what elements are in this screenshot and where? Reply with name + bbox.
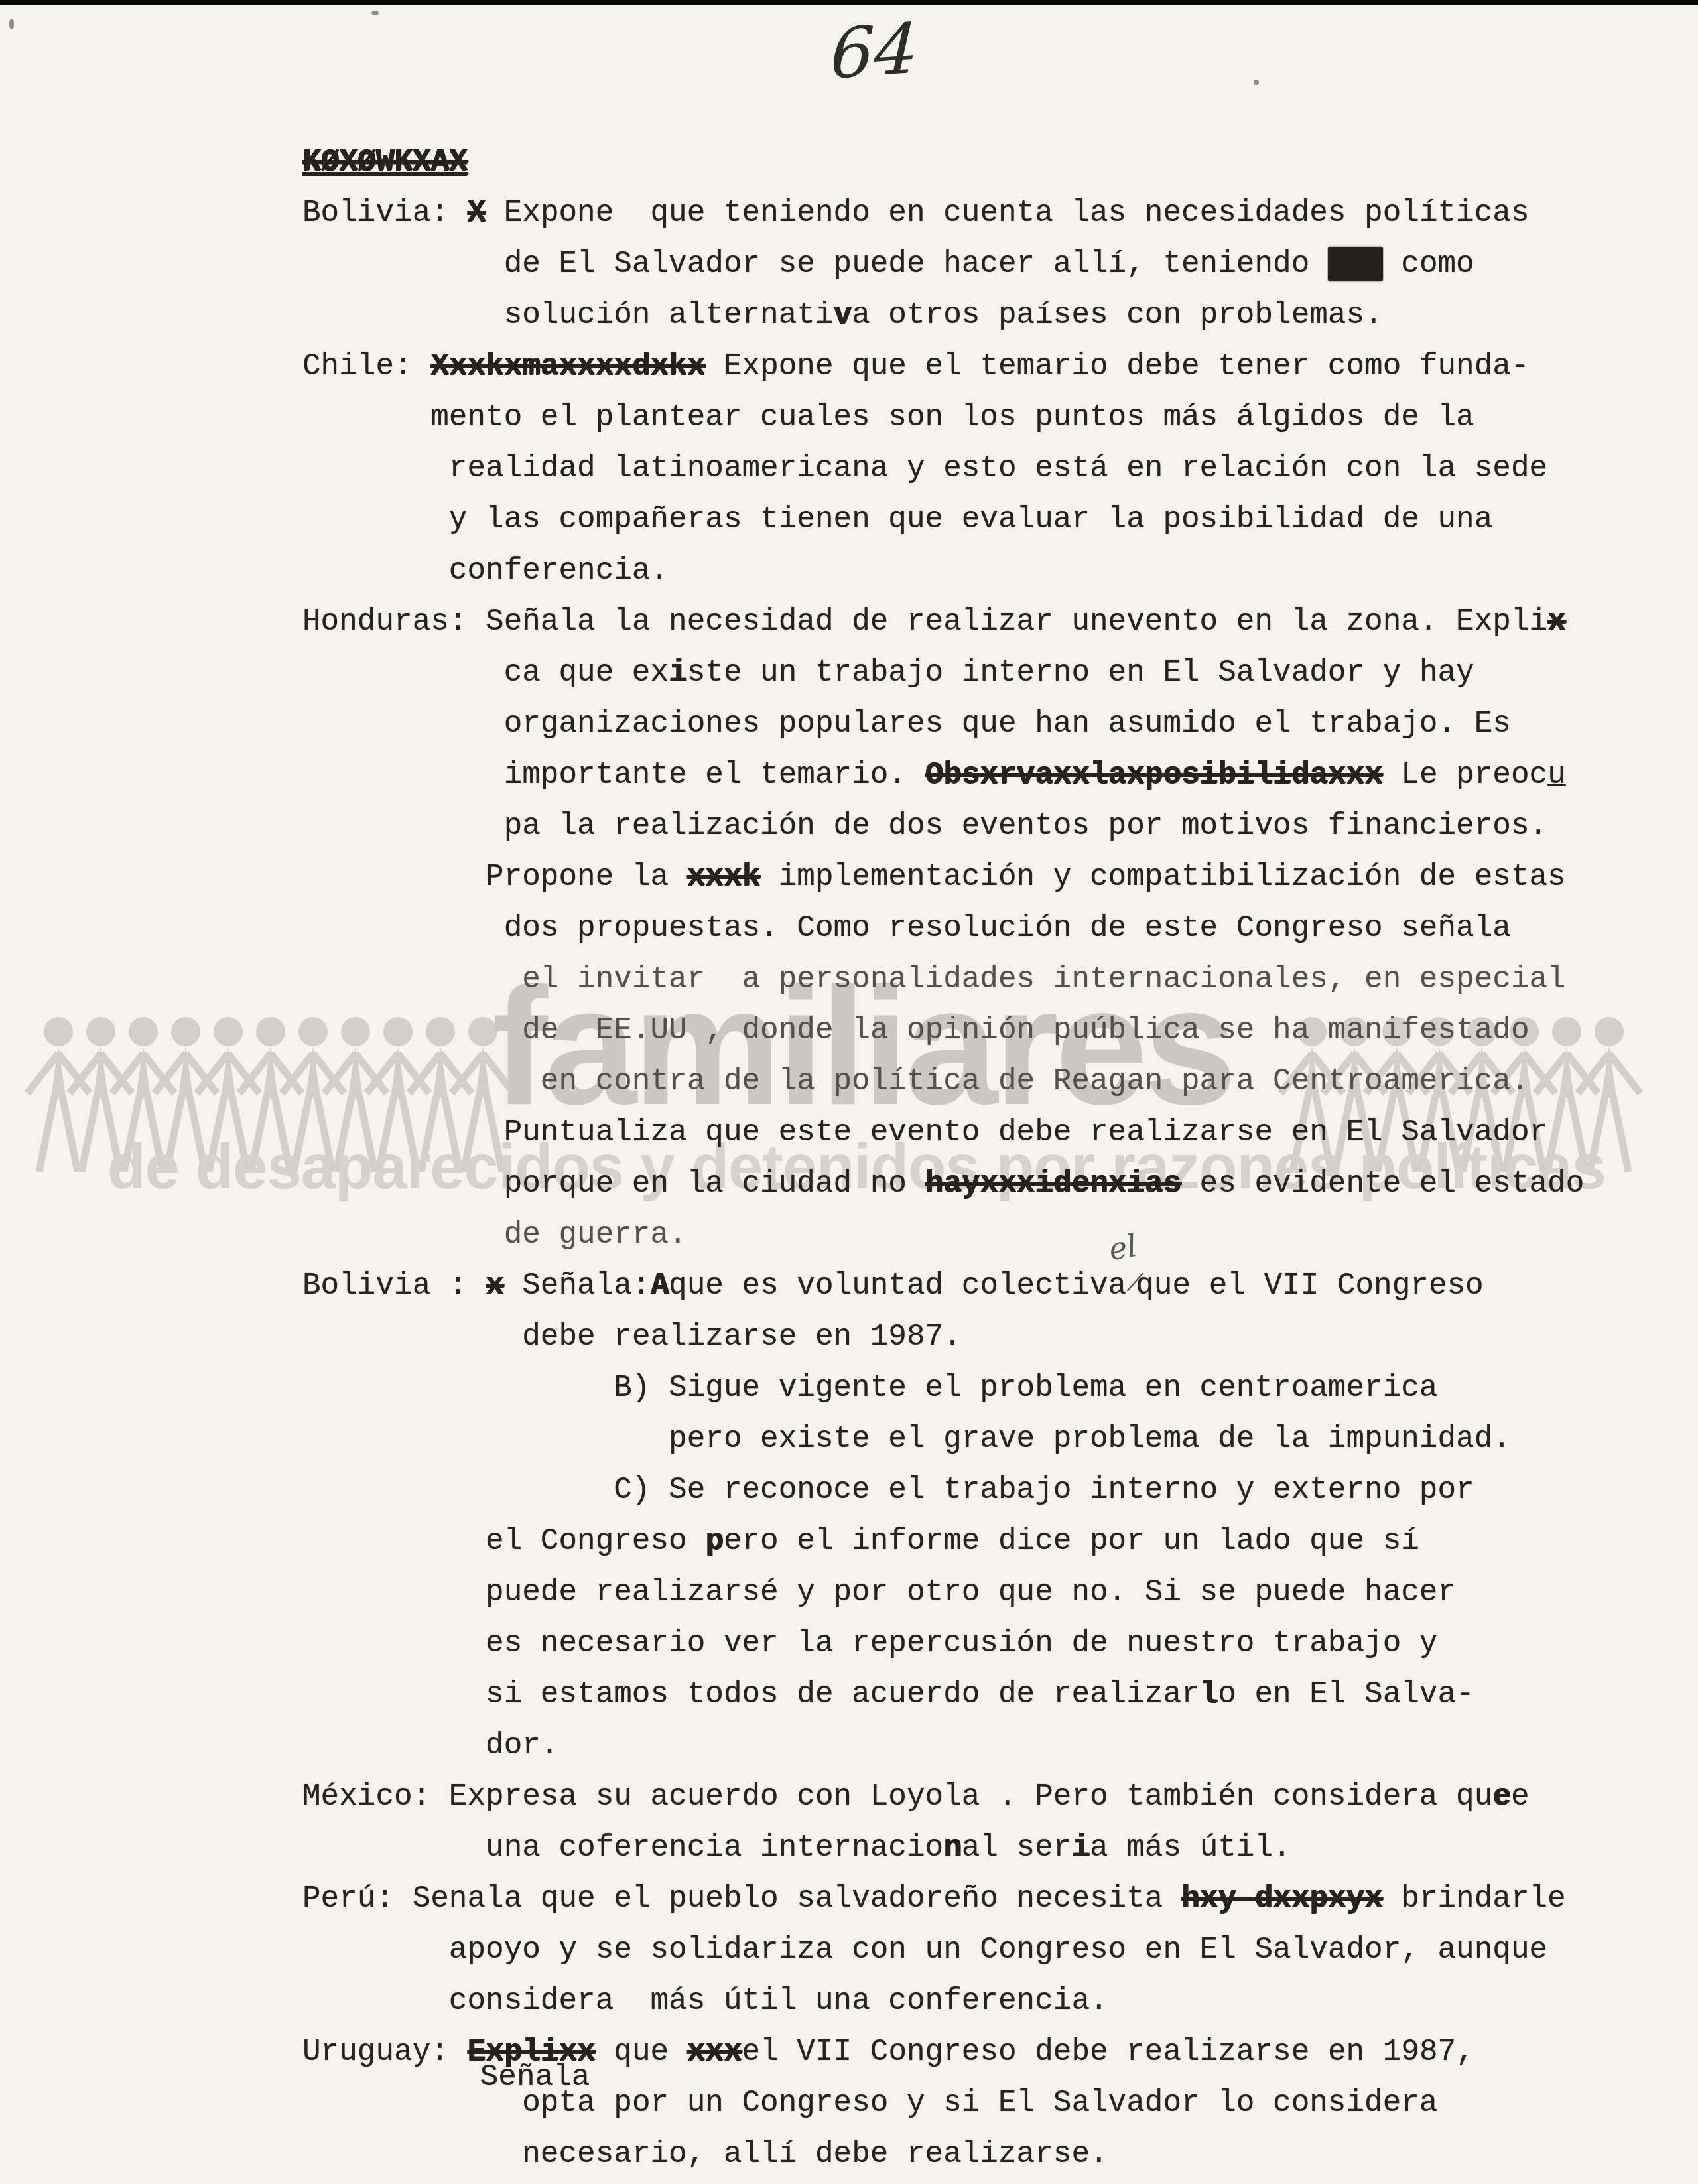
typed-line: B) Sigue vigente el problema en centroam…	[302, 1363, 1584, 1414]
typed-text: Le preoc	[1383, 758, 1547, 792]
typed-text: B) Sigue vigente el problema en centroam…	[614, 1371, 1437, 1405]
typed-line: C) Se reconoce el trabajo interno y exte…	[302, 1465, 1584, 1516]
typed-text: Uruguay:	[302, 2035, 467, 2069]
typed-line: una coferencia internacional seria más ú…	[302, 1822, 1584, 1874]
scan-speck	[371, 11, 379, 15]
typed-text: de El Salvador se puede hacer allí, teni…	[504, 247, 1328, 281]
typed-line: México: Expresa su acuerdo con Loyola . …	[302, 1771, 1584, 1822]
typed-text: Expone que teniendo en cuenta las necesi…	[486, 196, 1529, 230]
typed-line: es necesario ver la repercusión de nuest…	[302, 1618, 1584, 1669]
typed-text: o en El Salva-	[1218, 1677, 1474, 1712]
scan-speck	[9, 19, 14, 29]
typed-line: debe realizarse en 1987.	[302, 1312, 1584, 1363]
typed-line: pero existe el grave problema de la impu…	[302, 1414, 1584, 1465]
scan-top-edge	[0, 0, 1698, 5]
typed-line: Chile: Xxxkxmaxxxxdxkx Expone que el tem…	[302, 341, 1584, 392]
typed-text: es necesario ver la repercusión de nuest…	[486, 1626, 1437, 1661]
typed-line: necesario, allí debe realizarse.	[302, 2129, 1584, 2180]
typed-text: de EE.UU , donde la opinión puública se …	[522, 1013, 1529, 1048]
typed-text: Bolivia:	[302, 196, 467, 230]
typed-text: necesario, allí debe realizarse.	[522, 2137, 1108, 2171]
handwritten-insertion: ∕el	[1126, 1263, 1136, 1294]
typed-line: ca que existe un trabajo interno en El S…	[302, 648, 1584, 699]
struck-out-text: X	[467, 196, 486, 230]
typed-line: de guerra.	[302, 1209, 1584, 1261]
typed-text: que	[596, 2035, 687, 2069]
typed-text: Honduras: Señala la necesidad de realiza…	[302, 604, 1547, 639]
typed-text: el VII Congreso debe realizarse en 1987,	[742, 2035, 1474, 2069]
struck-out-text: Obsxrvaxxlaxposibilidaxxx	[925, 758, 1383, 792]
typed-line: Propone la xxxk implementación y compati…	[302, 852, 1584, 903]
typed-line: apoyo y se solidariza con un Congreso en…	[302, 1925, 1584, 1976]
typed-text: solución alternati	[504, 298, 834, 332]
typed-line: realidad latinoamericana y esto está en …	[302, 443, 1584, 494]
typed-text: Puntualiza que este evento debe realizar…	[504, 1115, 1547, 1150]
typed-line: en contra de la política de Reagan para …	[302, 1056, 1584, 1107]
typed-text: dos propuestas. Como resolución de este …	[504, 911, 1511, 945]
typed-text: el invitar a personalidades internaciona…	[522, 962, 1565, 996]
typed-text: v	[834, 298, 852, 332]
typed-text: es evidente el estado	[1181, 1166, 1584, 1201]
struck-out-text: xxxk	[687, 860, 760, 894]
typed-text: C) Se reconoce el trabajo interno y exte…	[614, 1473, 1474, 1507]
typed-line: de El Salvador se puede hacer allí, teni…	[302, 239, 1584, 290]
typed-text: i	[669, 655, 687, 690]
typed-text: pa la realización de dos eventos por mot…	[504, 809, 1547, 843]
struck-out-text: hxy dxxpxyx	[1181, 1881, 1383, 1916]
typed-text: n	[943, 1830, 962, 1865]
typed-line: KØXØWKXAX	[302, 137, 1584, 188]
typed-line: importante el temario. Obsxrvaxxlaxposib…	[302, 750, 1584, 801]
typed-line: opta por un Congreso y si El Salvador lo…	[302, 2078, 1584, 2129]
typed-line: de EE.UU , donde la opinión puública se …	[302, 1005, 1584, 1056]
scanned-document-page: 64 familiares de desaparecidos y detenid…	[0, 0, 1698, 2184]
typed-text: apoyo y se solidariza con un Congreso en…	[449, 1933, 1547, 1967]
struck-out-text: x	[486, 1268, 504, 1303]
typed-line: Perú: Senala que el pueblo salvadoreño n…	[302, 1874, 1584, 1925]
typed-text: dor.	[486, 1728, 558, 1763]
typed-text: Expone que el temario debe tener como fu…	[705, 349, 1529, 383]
typed-text: porque en la ciudad no	[504, 1166, 925, 1201]
typed-text: a otros países con problemas.	[852, 298, 1383, 332]
typed-text: ste un trabajo interno en El Salvador y …	[687, 655, 1474, 690]
typed-text: en contra de la política de Reagan para …	[541, 1064, 1530, 1099]
typed-text: Señala:	[504, 1268, 651, 1303]
typed-line: Honduras: Señala la necesidad de realiza…	[302, 596, 1584, 648]
typed-text: una coferencia internacio	[486, 1830, 943, 1865]
struck-out-text: x	[1547, 604, 1566, 639]
typed-text: al ser	[962, 1830, 1072, 1865]
typed-line: Uruguay: Explixx que xxxel VII Congreso …	[302, 2027, 1584, 2078]
typed-line: Puntualiza que este evento debe realizar…	[302, 1107, 1584, 1158]
typed-text: organizaciones populares que han asumido…	[504, 707, 1511, 741]
typed-text: l	[1200, 1677, 1218, 1712]
typed-line: el invitar a personalidades internaciona…	[302, 954, 1584, 1005]
typed-line: pa la realización de dos eventos por mot…	[302, 801, 1584, 852]
typed-text: p	[705, 1524, 724, 1558]
struck-out-text: xxx	[687, 2035, 742, 2069]
typed-text: como	[1383, 247, 1474, 281]
typed-line: conferencia.	[302, 545, 1584, 596]
typed-text: opta por un Congreso y si El Salvador lo…	[522, 2086, 1437, 2120]
typed-text: A	[651, 1268, 669, 1303]
typed-line: mento el plantear cuales son los puntos …	[302, 392, 1584, 443]
struck-out-text: Xxxkxmaxxxxdxkx	[430, 349, 705, 383]
typed-text: mento el plantear cuales son los puntos …	[430, 400, 1474, 435]
scan-speck	[1254, 80, 1259, 85]
typed-line: puede realizarsé y por otro que no. Si s…	[302, 1567, 1584, 1618]
typed-text: y las compañeras tienen que evaluar la p…	[449, 502, 1492, 537]
typed-text: KØXØWKXAX	[302, 145, 467, 179]
typed-line: Bolivia: X Expone que teniendo en cuenta…	[302, 188, 1584, 239]
typed-text: importante el temario.	[504, 758, 925, 792]
typed-line: solución alternativa otros países con pr…	[302, 290, 1584, 341]
typed-text: e	[1492, 1779, 1511, 1814]
typed-text: Bolivia :	[302, 1268, 486, 1303]
typed-line: si estamos todos de acuerdo de realizarl…	[302, 1669, 1584, 1720]
typed-line: organizaciones populares que han asumido…	[302, 699, 1584, 750]
typed-text: Propone la	[486, 860, 687, 894]
blotted-out-text: xxx	[1328, 247, 1383, 281]
typed-text: e	[1511, 1779, 1530, 1814]
typed-line: porque en la ciudad no hayxxxidenxias es…	[302, 1158, 1584, 1209]
typed-line: y las compañeras tienen que evaluar la p…	[302, 494, 1584, 545]
typed-text: Perú: Senala que el pueblo salvadoreño n…	[302, 1881, 1181, 1916]
typed-text: brindarle	[1383, 1881, 1566, 1916]
typed-text: que es voluntad colectiva	[669, 1268, 1126, 1303]
typed-text: Chile:	[302, 349, 430, 383]
handwritten-page-number: 64	[829, 7, 919, 95]
typed-text: conferencia.	[449, 553, 669, 588]
typed-line: dos propuestas. Como resolución de este …	[302, 903, 1584, 954]
typed-text: si estamos todos de acuerdo de realizar	[486, 1677, 1200, 1712]
typed-text: el Congreso	[486, 1524, 705, 1558]
struck-out-text: hayxxxidenxias	[925, 1166, 1181, 1201]
typed-text: ero el informe dice por un lado que sí	[724, 1524, 1419, 1558]
typed-lines: KØXØWKXAXBolivia: X Expone que teniendo …	[302, 137, 1584, 2180]
typed-line: considera más útil una conferencia.	[302, 1976, 1584, 2027]
typed-text: implementación y compatibilización de es…	[760, 860, 1566, 894]
typed-text: debe realizarse en 1987.	[522, 1320, 962, 1354]
typed-text: México: Expresa su acuerdo con Loyola . …	[302, 1779, 1492, 1814]
typed-text: considera más útil una conferencia.	[449, 1984, 1108, 2018]
typed-text: puede realizarsé y por otro que no. Si s…	[486, 1575, 1456, 1609]
typed-text: realidad latinoamericana y esto está en …	[449, 451, 1547, 486]
typed-line: el Congreso pero el informe dice por un …	[302, 1516, 1584, 1567]
typed-text: u	[1547, 758, 1566, 792]
typed-line: Bolivia : x Señala:Aque es voluntad cole…	[302, 1261, 1584, 1312]
typed-text: a más útil.	[1090, 1830, 1291, 1865]
typed-text: de guerra.	[504, 1217, 687, 1252]
typed-text: ca que ex	[504, 655, 669, 690]
typed-text: que el VII Congreso	[1136, 1268, 1484, 1303]
typed-line: dor.	[302, 1720, 1584, 1771]
typed-text: i	[1071, 1830, 1090, 1865]
typed-text: pero existe el grave problema de la impu…	[669, 1422, 1511, 1456]
